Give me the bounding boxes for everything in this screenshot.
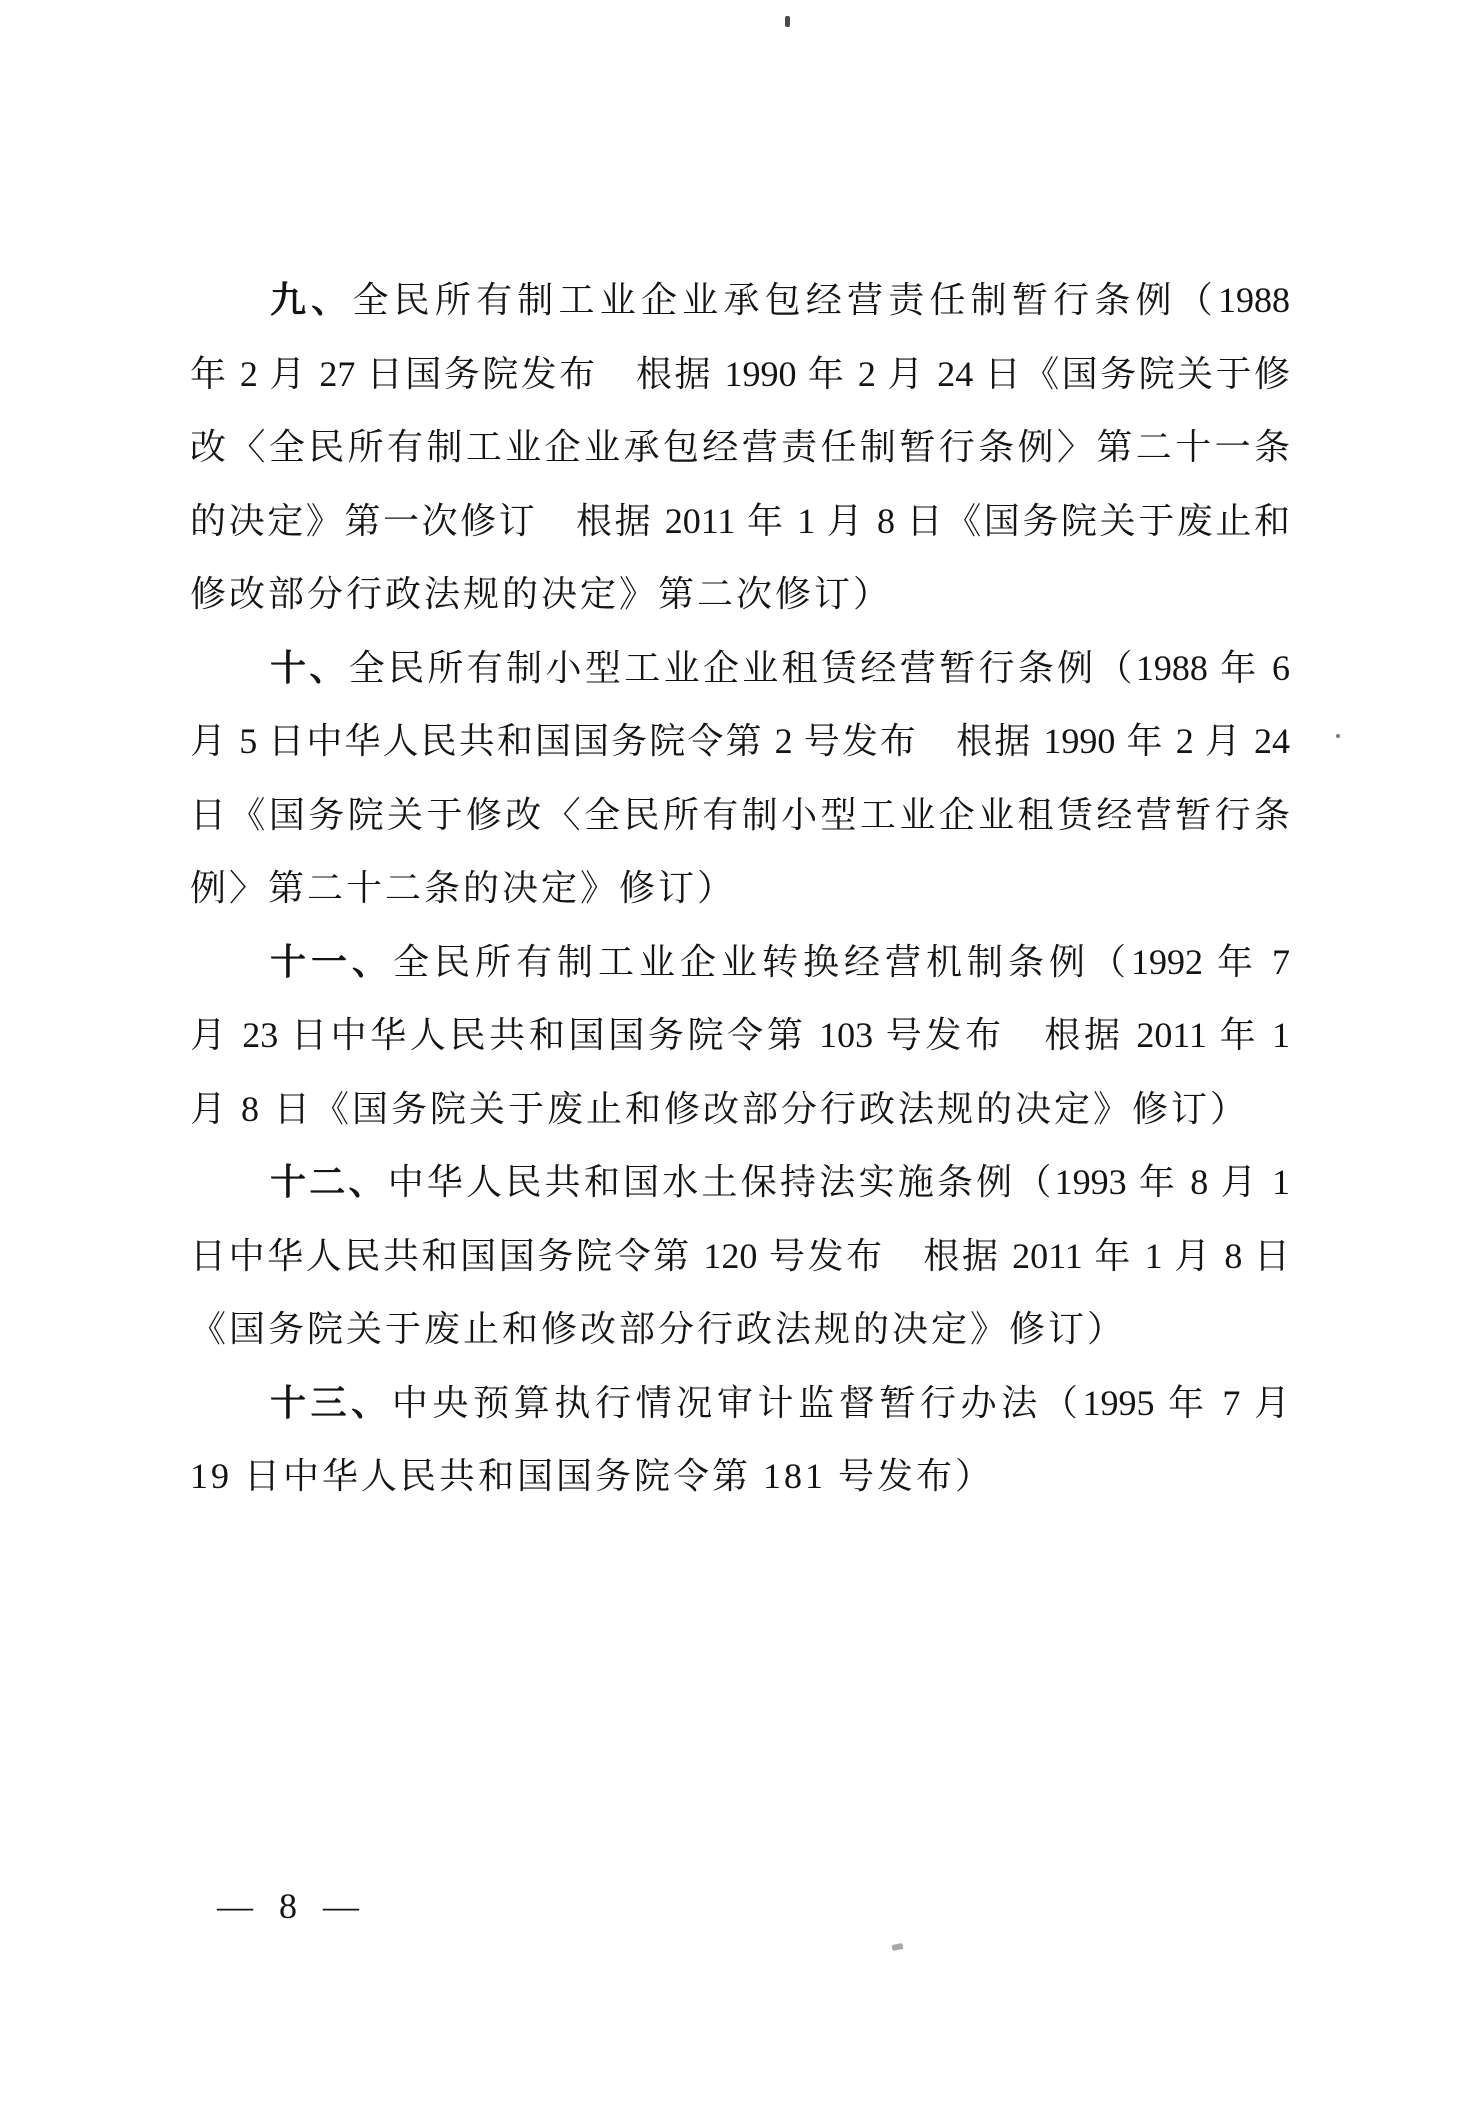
text-line: 九、全民所有制工业企业承包经营责任制暂行条例（1988 <box>190 264 1290 338</box>
footer-dash-left: — <box>217 1884 253 1928</box>
line-text: 例〉第二十二条的决定》修订） <box>190 868 736 908</box>
text-line: 十三、中央预算执行情况审计监督暂行办法（1995 年 7 月 <box>190 1367 1290 1441</box>
item-marker: 十一、 <box>270 942 393 982</box>
text-line: 日《国务院关于修改〈全民所有制小型工业企业租赁经营暂行条 <box>190 779 1290 853</box>
page-footer: — 8 — <box>217 1884 359 1928</box>
text-line: 月 23 日中华人民共和国国务院令第 103 号发布 根据 2011 年 1 <box>190 999 1290 1073</box>
scan-speck <box>1336 734 1340 738</box>
text-line: 19 日中华人民共和国国务院令第 181 号发布） <box>190 1440 1290 1514</box>
line-text: 日中华人民共和国国务院令第 120 号发布 根据 2011 年 1 月 8 日 <box>190 1236 1290 1276</box>
text-line: 的决定》第一次修订 根据 2011 年 1 月 8 日《国务院关于废止和 <box>190 485 1290 559</box>
line-text: 《国务院关于废止和修改部分行政法规的决定》修订） <box>190 1309 1126 1349</box>
footer-dash-right: — <box>323 1884 359 1928</box>
text-line: 修改部分行政法规的决定》第二次修订） <box>190 558 1290 632</box>
line-text: 的决定》第一次修订 根据 2011 年 1 月 8 日《国务院关于废止和 <box>190 501 1290 541</box>
text-line: 年 2 月 27 日国务院发布 根据 1990 年 2 月 24 日《国务院关于… <box>190 338 1290 412</box>
text-line: 改〈全民所有制工业企业承包经营责任制暂行条例〉第二十一条 <box>190 411 1290 485</box>
item-marker: 九、 <box>270 280 352 320</box>
text-line: 月 5 日中华人民共和国国务院令第 2 号发布 根据 1990 年 2 月 24 <box>190 705 1290 779</box>
scan-speck <box>785 16 790 27</box>
line-text: 日《国务院关于修改〈全民所有制小型工业企业租赁经营暂行条 <box>190 795 1290 835</box>
item-marker: 十、 <box>270 648 349 688</box>
line-text: 月 8 日《国务院关于废止和修改部分行政法规的决定》修订） <box>190 1089 1249 1129</box>
document-body: 九、全民所有制工业企业承包经营责任制暂行条例（1988 年 2 月 27 日国务… <box>190 264 1290 1514</box>
text-line: 十一、全民所有制工业企业转换经营机制条例（1992 年 7 <box>190 926 1290 1000</box>
line-text: 月 5 日中华人民共和国国务院令第 2 号发布 根据 1990 年 2 月 24 <box>190 721 1290 761</box>
text-line: 《国务院关于废止和修改部分行政法规的决定》修订） <box>190 1293 1290 1367</box>
footer-page-number: 8 <box>279 1884 297 1928</box>
document-page: 九、全民所有制工业企业承包经营责任制暂行条例（1988 年 2 月 27 日国务… <box>0 0 1481 2106</box>
text-line: 月 8 日《国务院关于废止和修改部分行政法规的决定》修订） <box>190 1073 1290 1147</box>
text-line: 日中华人民共和国国务院令第 120 号发布 根据 2011 年 1 月 8 日 <box>190 1220 1290 1294</box>
line-text: 全民所有制小型工业企业租赁经营暂行条例（1988 年 6 <box>349 648 1290 688</box>
line-text: 月 23 日中华人民共和国国务院令第 103 号发布 根据 2011 年 1 <box>190 1015 1290 1055</box>
text-line: 十、全民所有制小型工业企业租赁经营暂行条例（1988 年 6 <box>190 632 1290 706</box>
text-line: 十二、中华人民共和国水土保持法实施条例（1993 年 8 月 1 <box>190 1146 1290 1220</box>
line-text: 19 日中华人民共和国国务院令第 181 号发布） <box>190 1456 994 1496</box>
line-text: 年 2 月 27 日国务院发布 根据 1990 年 2 月 24 日《国务院关于… <box>190 354 1290 394</box>
line-text: 改〈全民所有制工业企业承包经营责任制暂行条例〉第二十一条 <box>190 427 1290 467</box>
scan-speck <box>891 1943 903 1951</box>
line-text: 修改部分行政法规的决定》第二次修订） <box>190 574 892 614</box>
line-text: 中华人民共和国水土保持法实施条例（1993 年 8 月 1 <box>388 1162 1290 1202</box>
line-text: 全民所有制工业企业转换经营机制条例（1992 年 7 <box>393 942 1290 982</box>
line-text: 中央预算执行情况审计监督暂行办法（1995 年 7 月 <box>392 1383 1290 1423</box>
line-text: 全民所有制工业企业承包经营责任制暂行条例（1988 <box>352 280 1290 320</box>
text-line: 例〉第二十二条的决定》修订） <box>190 852 1290 926</box>
item-marker: 十二、 <box>270 1162 388 1202</box>
item-marker: 十三、 <box>270 1383 392 1423</box>
